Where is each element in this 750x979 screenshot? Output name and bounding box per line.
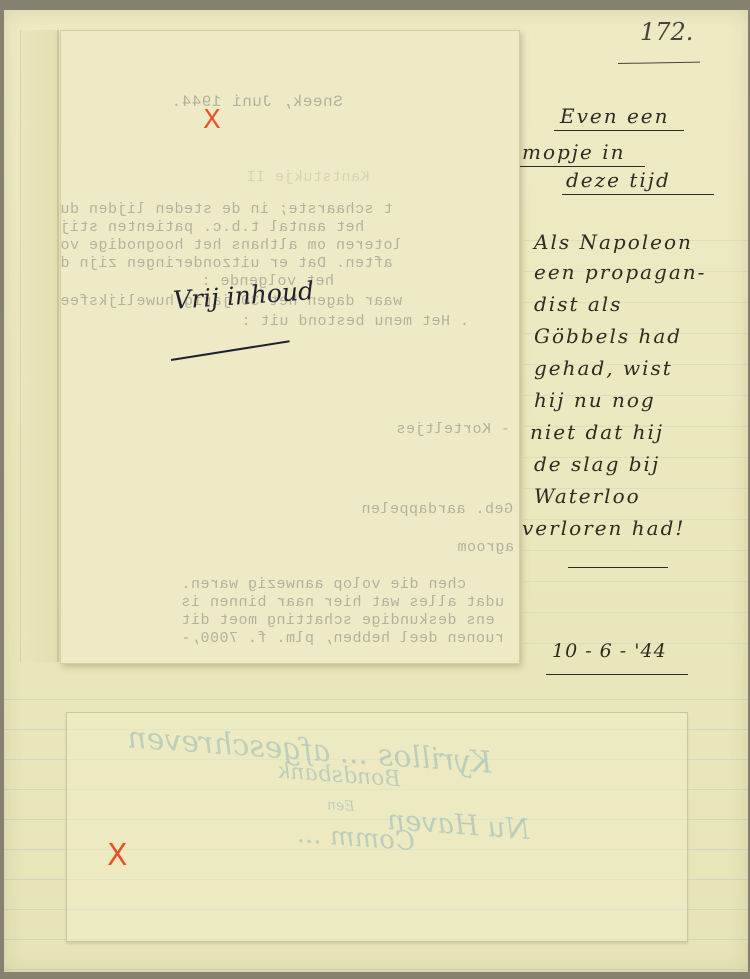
heading-underline: [562, 194, 714, 195]
typed-letter-sheet: Sneek, Juni 1944. Kantstukje II t schaar…: [60, 30, 520, 664]
note-body-line: een propagan-: [534, 260, 706, 284]
note-body-line: verloren had!: [522, 516, 685, 540]
date-underline: [546, 674, 688, 675]
note-separator: [568, 567, 668, 568]
typed-line: chen die volop aanwezig waren.: [181, 576, 466, 593]
note-body-line: gehad, wist: [534, 356, 673, 380]
page-number: 172.: [640, 18, 693, 46]
red-x-mark: X: [107, 841, 128, 871]
annotation-underline: [171, 340, 290, 361]
heading-underline: [520, 166, 645, 167]
note-body-line: niet dat hij: [530, 420, 664, 444]
typed-line: Kantstukje II: [246, 169, 370, 186]
typed-line: Geb. aardappelen: [361, 501, 513, 518]
typed-line: . Het menu bestond uit :: [241, 313, 469, 330]
envelope-fragment: Kyrillos ... afgeschreven Bondsbank Een …: [66, 712, 688, 942]
note-body-line: hij nu nog: [534, 388, 656, 412]
folded-paper-edge: [20, 30, 59, 662]
note-body-line: de slag bij: [534, 452, 660, 476]
typed-line: ens deskundige schatting moet dit: [181, 612, 495, 629]
typed-line: loteren om althans het hoognodige voe-: [60, 237, 402, 254]
heading-underline: [554, 130, 684, 131]
note-body-line: dist als: [534, 292, 622, 316]
typed-line: Sneek, Juni 1944.: [171, 93, 343, 111]
red-x-mark: X: [203, 107, 221, 133]
typed-line: agroom: [457, 539, 514, 556]
note-heading-line: mopje in: [522, 140, 625, 164]
typed-line: ruonen deel hebben, plm. f. 7000,-: [181, 630, 504, 647]
typed-line: t schaarste; in de steden lijden dui-: [60, 201, 393, 218]
note-heading-line: Even een: [560, 104, 670, 128]
typed-line: - Korteltjes: [396, 421, 510, 438]
ghost-handwriting: Een: [326, 797, 355, 815]
typed-line: aften. Dat er uitzonderingen zijn die: [60, 255, 393, 272]
note-body-line: Göbbels had: [534, 324, 682, 348]
typed-line: het aantal t.b.c. patienten stijgt: [60, 219, 364, 236]
typed-line: udat alles wat hier naar binnen is: [181, 594, 504, 611]
note-heading-line: deze tijd: [566, 168, 671, 192]
note-date: 10 - 6 - '44: [552, 640, 667, 662]
note-body-line: Als Napoleon: [534, 230, 693, 254]
note-body-line: Waterloo: [534, 484, 641, 508]
